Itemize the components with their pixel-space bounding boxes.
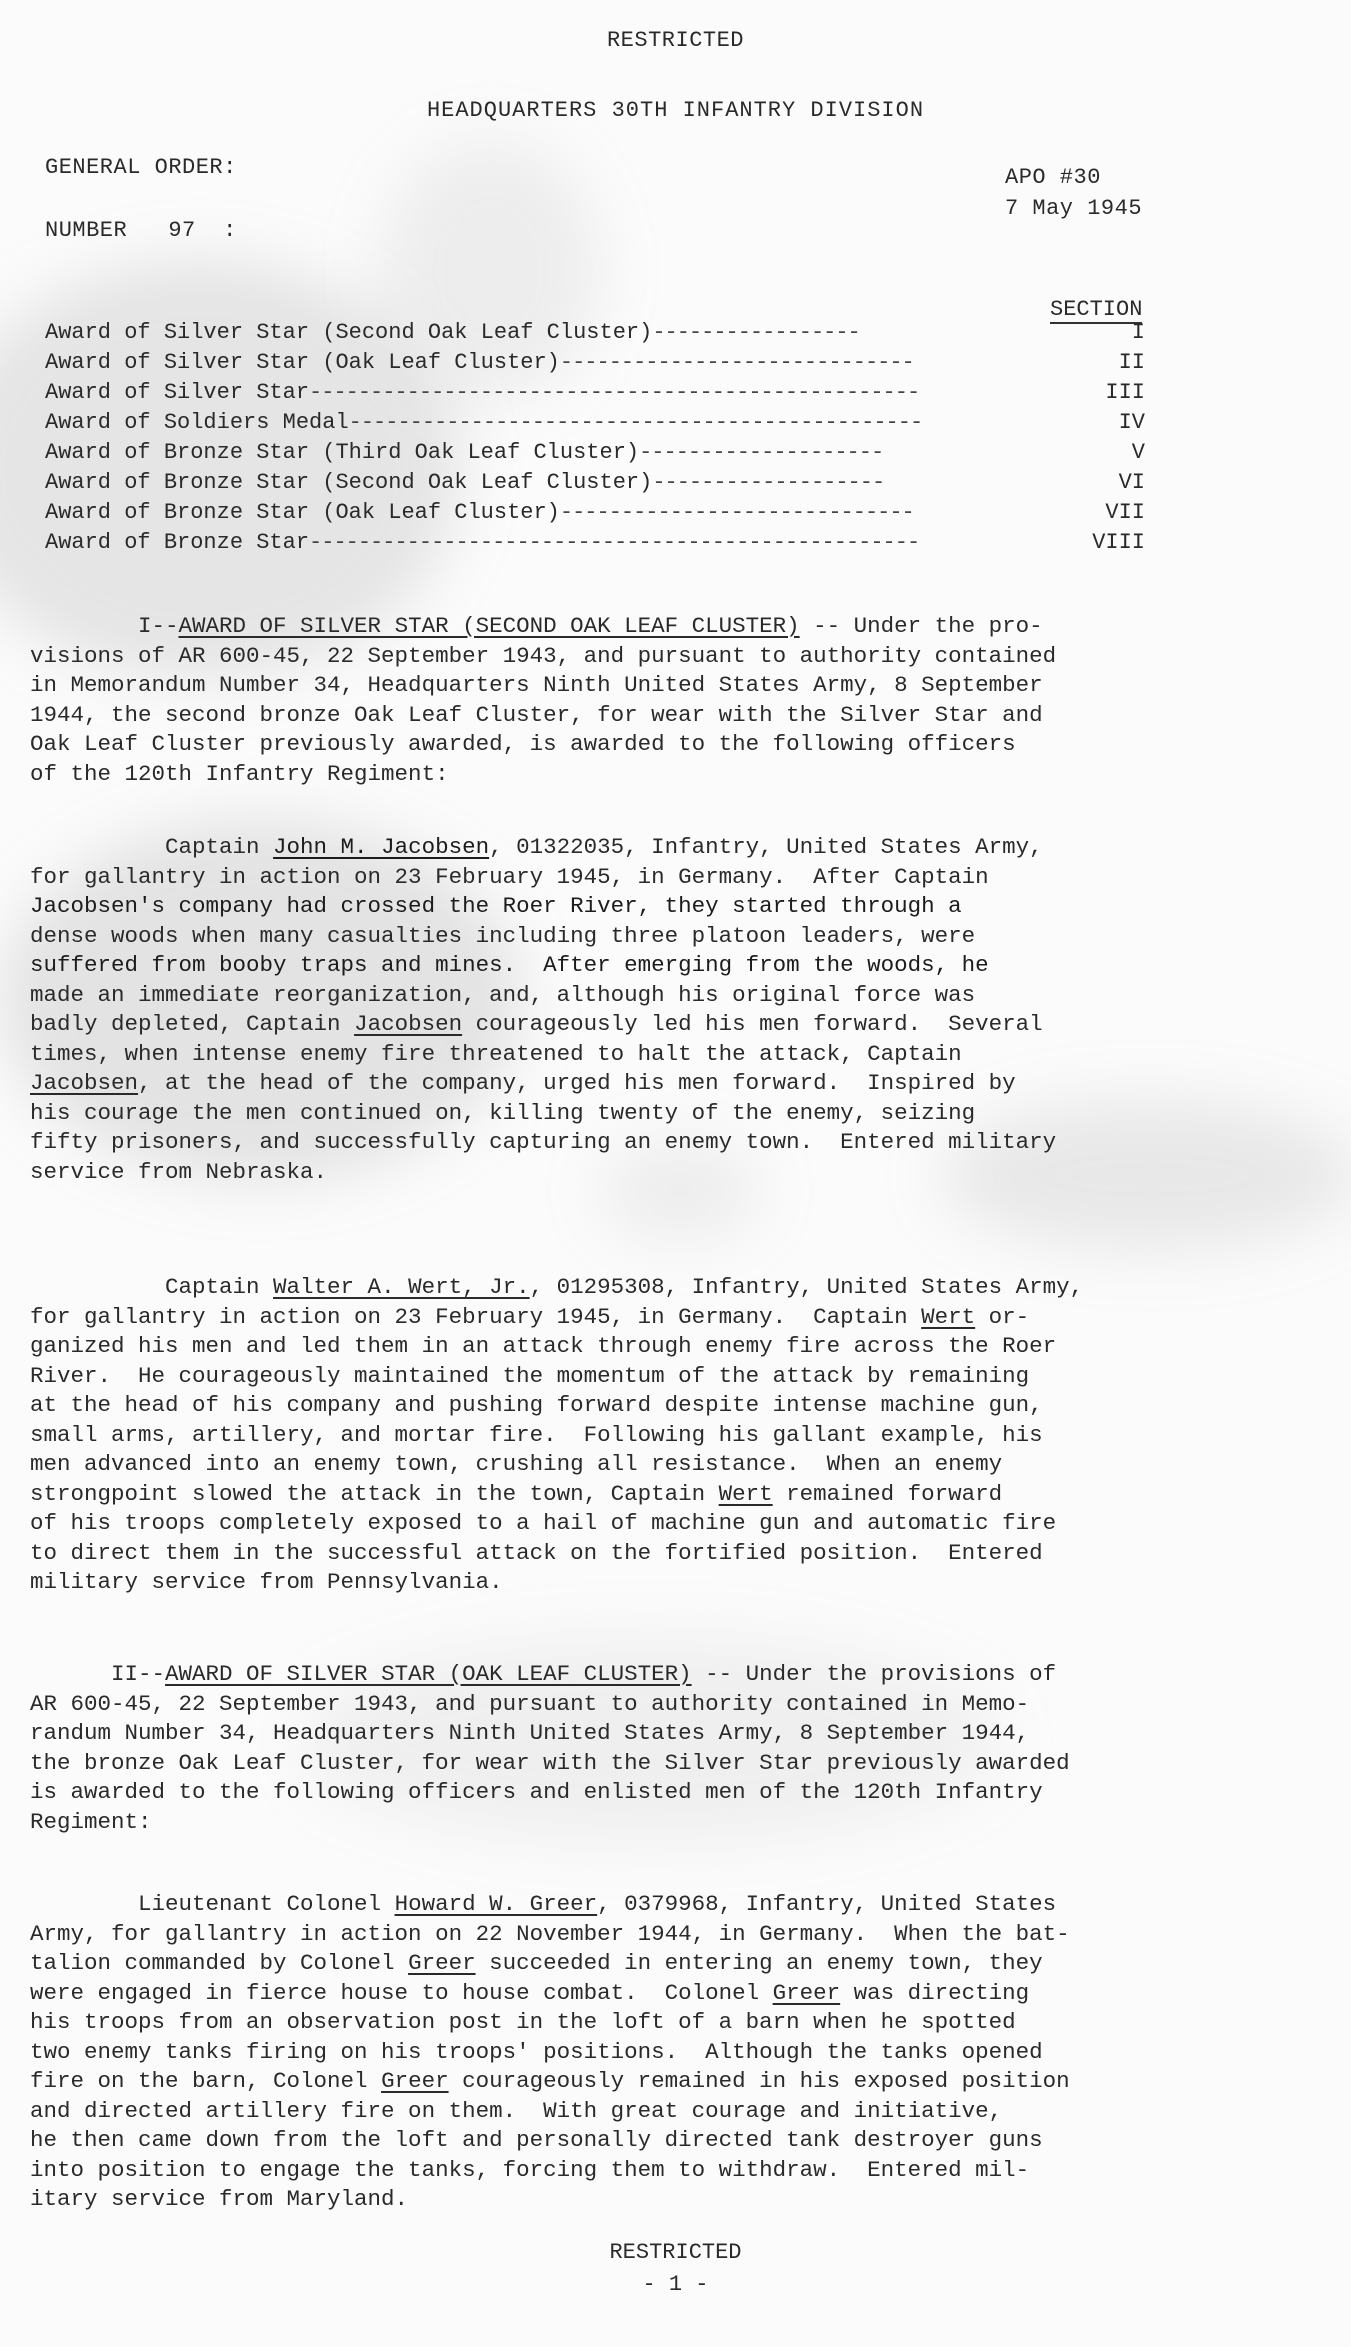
text-line: River. He courageously maintained the mo… xyxy=(30,1362,1330,1392)
text-line: men advanced into an enemy town, crushin… xyxy=(30,1450,1330,1480)
text-line: visions of AR 600-45, 22 September 1943,… xyxy=(30,642,1330,672)
text-fragment: remained forward xyxy=(773,1481,1003,1507)
section-1-paragraph: I--AWARD OF SILVER STAR (SECOND OAK LEAF… xyxy=(30,612,1330,789)
recipient-name-ref: Jacobsen xyxy=(354,1011,462,1037)
toc-label: Award of Silver Star (Oak Leaf Cluster) xyxy=(45,350,560,375)
citation-jacobsen: Captain John M. Jacobsen, 01322035, Infa… xyxy=(30,833,1330,1187)
text-fragment: badly depleted, Captain xyxy=(30,1011,354,1037)
text-fragment: strongpoint slowed the attack in the tow… xyxy=(30,1481,719,1507)
headquarters-title: HEADQUARTERS 30TH INFANTRY DIVISION xyxy=(0,98,1351,123)
text-line: talion commanded by Colonel Greer succee… xyxy=(30,1949,1330,1979)
text-line: of his troops completely exposed to a ha… xyxy=(30,1509,1330,1539)
recipient-name-ref: Wert xyxy=(719,1481,773,1507)
text-line: fire on the barn, Colonel Greer courageo… xyxy=(30,2067,1330,2097)
toc-label: Award of Silver Star (Second Oak Leaf Cl… xyxy=(45,320,652,345)
citation-greer: Lieutenant Colonel Howard W. Greer, 0379… xyxy=(30,1890,1330,2215)
text-line: for gallantry in action on 23 February 1… xyxy=(30,1303,1330,1333)
recipient-name-ref: Greer xyxy=(381,2068,449,2094)
recipient-name: Walter A. Wert, Jr. xyxy=(273,1274,530,1300)
text-line: he then came down from the loft and pers… xyxy=(30,2126,1330,2156)
text-line: Captain Walter A. Wert, Jr., 01295308, I… xyxy=(30,1273,1330,1303)
toc-leader: -------------------- xyxy=(639,440,883,465)
text-line: strongpoint slowed the attack in the tow… xyxy=(30,1480,1330,1510)
toc-leader: ----------------------------------------… xyxy=(309,380,919,405)
text-line: randum Number 34, Headquarters Ninth Uni… xyxy=(30,1719,1330,1749)
text-line: badly depleted, Captain Jacobsen courage… xyxy=(30,1010,1330,1040)
text-line: Army, for gallantry in action on 22 Nove… xyxy=(30,1920,1330,1950)
toc-row: Award of Bronze Star (Third Oak Leaf Clu… xyxy=(45,440,1145,470)
text-line: of the 120th Infantry Regiment: xyxy=(30,760,1330,790)
text-line: for gallantry in action on 23 February 1… xyxy=(30,863,1330,893)
toc-section-number: VII xyxy=(1025,500,1145,525)
text-fragment: were engaged in fierce house to house co… xyxy=(30,1980,773,2006)
toc-row: Award of Soldiers Medal-----------------… xyxy=(45,410,1145,440)
toc-row: Award of Bronze Star--------------------… xyxy=(45,530,1145,560)
text-line: at the head of his company and pushing f… xyxy=(30,1391,1330,1421)
text-fragment: , 01295308, Infantry, United States Army… xyxy=(530,1274,1084,1300)
section-intro: -- Under the pro- xyxy=(800,613,1043,639)
toc-label: Award of Bronze Star (Third Oak Leaf Clu… xyxy=(45,440,639,465)
toc-label: Award of Bronze Star (Oak Leaf Cluster) xyxy=(45,500,560,525)
citation-wert: Captain Walter A. Wert, Jr., 01295308, I… xyxy=(30,1273,1330,1598)
toc-section-number: VI xyxy=(1025,470,1145,495)
text-line: and directed artillery fire on them. Wit… xyxy=(30,2097,1330,2127)
section-title: AWARD OF SILVER STAR (SECOND OAK LEAF CL… xyxy=(179,613,800,639)
recipient-name-ref: Greer xyxy=(773,1980,841,2006)
text-fragment: talion commanded by Colonel xyxy=(30,1950,408,1976)
text-line: the bronze Oak Leaf Cluster, for wear wi… xyxy=(30,1749,1330,1779)
text-line: to direct them in the successful attack … xyxy=(30,1539,1330,1569)
toc-section-number: V xyxy=(1025,440,1145,465)
order-date: 7 May 1945 xyxy=(1005,196,1142,221)
toc-row: Award of Bronze Star (Second Oak Leaf Cl… xyxy=(45,470,1145,500)
order-number: NUMBER 97 : xyxy=(45,218,237,243)
text-line: suffered from booby traps and mines. Aft… xyxy=(30,951,1330,981)
toc-row: Award of Silver Star (Oak Leaf Cluster)-… xyxy=(45,350,1145,380)
recipient-name-ref: Greer xyxy=(408,1950,476,1976)
text-line: AR 600-45, 22 September 1943, and pursua… xyxy=(30,1690,1330,1720)
text-line: his troops from an observation post in t… xyxy=(30,2008,1330,2038)
section-prefix: II-- xyxy=(30,1661,165,1687)
general-order-label: GENERAL ORDER: xyxy=(45,155,237,180)
text-line: Regiment: xyxy=(30,1808,1330,1838)
text-fragment: or- xyxy=(975,1304,1029,1330)
text-line: Oak Leaf Cluster previously awarded, is … xyxy=(30,730,1330,760)
text-line: Jacobsen's company had crossed the Roer … xyxy=(30,892,1330,922)
text-line: small arms, artillery, and mortar fire. … xyxy=(30,1421,1330,1451)
text-line: two enemy tanks firing on his troops' po… xyxy=(30,2038,1330,2068)
toc-label: Award of Bronze Star xyxy=(45,530,309,555)
text-line: Lieutenant Colonel Howard W. Greer, 0379… xyxy=(30,1890,1330,1920)
section-heading-line: II--AWARD OF SILVER STAR (OAK LEAF CLUST… xyxy=(30,1660,1330,1690)
toc-label: Award of Bronze Star (Second Oak Leaf Cl… xyxy=(45,470,652,495)
text-line: dense woods when many casualties includi… xyxy=(30,922,1330,952)
toc-section-number: II xyxy=(1025,350,1145,375)
text-line: ganized his men and led them in an attac… xyxy=(30,1332,1330,1362)
text-fragment: Captain xyxy=(30,834,273,860)
recipient-name: John M. Jacobsen xyxy=(273,834,489,860)
text-fragment: was directing xyxy=(840,1980,1029,2006)
recipient-name-ref: Jacobsen xyxy=(30,1070,138,1096)
text-line: itary service from Maryland. xyxy=(30,2185,1330,2215)
section-prefix: I-- xyxy=(30,613,179,639)
section-intro: -- Under the provisions of xyxy=(692,1661,1057,1687)
toc-label: Award of Soldiers Medal xyxy=(45,410,349,435)
text-line: military service from Pennsylvania. xyxy=(30,1568,1330,1598)
text-line: Jacobsen, at the head of the company, ur… xyxy=(30,1069,1330,1099)
text-fragment: succeeded in entering an enemy town, the… xyxy=(476,1950,1043,1976)
section-title: AWARD OF SILVER STAR (OAK LEAF CLUSTER) xyxy=(165,1661,692,1687)
text-fragment: Lieutenant Colonel xyxy=(30,1891,395,1917)
text-fragment: fire on the barn, Colonel xyxy=(30,2068,381,2094)
toc-leader: ----------------- xyxy=(652,320,859,345)
text-line: into position to engage the tanks, forci… xyxy=(30,2156,1330,2186)
toc-row: Award of Bronze Star (Oak Leaf Cluster)-… xyxy=(45,500,1145,530)
text-line: in Memorandum Number 34, Headquarters Ni… xyxy=(30,671,1330,701)
text-line: service from Nebraska. xyxy=(30,1158,1330,1188)
toc-section-number: IV xyxy=(1025,410,1145,435)
text-fragment: courageously led his men forward. Severa… xyxy=(462,1011,1043,1037)
text-line: were engaged in fierce house to house co… xyxy=(30,1979,1330,2009)
text-line: Captain John M. Jacobsen, 01322035, Infa… xyxy=(30,833,1330,863)
apo-number: APO #30 xyxy=(1005,165,1101,190)
text-line: times, when intense enemy fire threatene… xyxy=(30,1040,1330,1070)
text-line: fifty prisoners, and successfully captur… xyxy=(30,1128,1330,1158)
table-of-contents: Award of Silver Star (Second Oak Leaf Cl… xyxy=(45,320,1145,560)
toc-leader: ----------------------------------------… xyxy=(349,410,923,435)
recipient-name-ref: Wert xyxy=(921,1304,975,1330)
text-fragment: , 0379968, Infantry, United States xyxy=(597,1891,1056,1917)
text-line: is awarded to the following officers and… xyxy=(30,1778,1330,1808)
classification-marking-top: RESTRICTED xyxy=(0,28,1351,53)
toc-row: Award of Silver Star (Second Oak Leaf Cl… xyxy=(45,320,1145,350)
toc-leader: ----------------------------- xyxy=(560,350,914,375)
page-number: - 1 - xyxy=(0,2272,1351,2297)
recipient-name: Howard W. Greer xyxy=(395,1891,598,1917)
toc-section-number: III xyxy=(1025,380,1145,405)
toc-section-number: I xyxy=(1025,320,1145,345)
toc-leader: ----------------------------------------… xyxy=(309,530,919,555)
text-fragment: , at the head of the company, urged his … xyxy=(138,1070,1016,1096)
section-heading-line: I--AWARD OF SILVER STAR (SECOND OAK LEAF… xyxy=(30,612,1330,642)
toc-label: Award of Silver Star xyxy=(45,380,309,405)
classification-marking-bottom: RESTRICTED xyxy=(0,2240,1351,2265)
text-fragment: for gallantry in action on 23 February 1… xyxy=(30,1304,921,1330)
toc-row: Award of Silver Star--------------------… xyxy=(45,380,1145,410)
text-line: his courage the men continued on, killin… xyxy=(30,1099,1330,1129)
toc-leader: ----------------------------- xyxy=(560,500,914,525)
text-fragment: courageously remained in his exposed pos… xyxy=(449,2068,1070,2094)
text-fragment: Captain xyxy=(30,1274,273,1300)
section-2-paragraph: II--AWARD OF SILVER STAR (OAK LEAF CLUST… xyxy=(30,1660,1330,1837)
toc-section-number: VIII xyxy=(1025,530,1145,555)
text-line: 1944, the second bronze Oak Leaf Cluster… xyxy=(30,701,1330,731)
text-fragment: , 01322035, Infantry, United States Army… xyxy=(489,834,1043,860)
text-line: made an immediate reorganization, and, a… xyxy=(30,981,1330,1011)
toc-leader: ------------------- xyxy=(652,470,884,495)
